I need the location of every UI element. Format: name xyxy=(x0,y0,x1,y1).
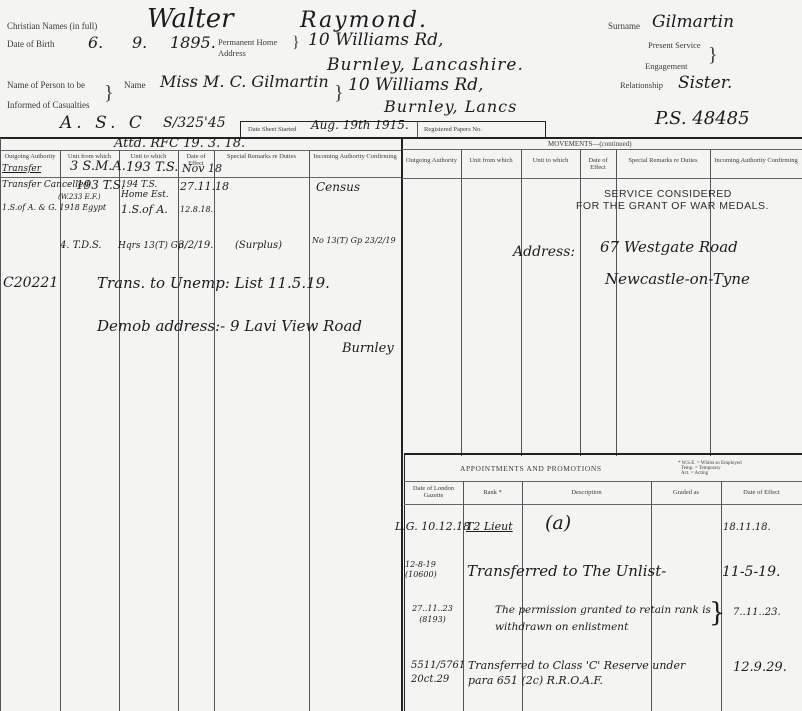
row3-incoming: No 13(T) Gp 23/2/19 xyxy=(312,236,396,245)
overwrite-col2: 3 S.M.A. xyxy=(70,159,126,174)
col-header-outgoing-authority: Outgoing Authority xyxy=(0,153,60,160)
informed-label-2: Informed of Casualties xyxy=(7,100,89,110)
engagement-label: Engagement xyxy=(645,61,687,71)
col-header-incoming-authority: Incoming Authority Confirming xyxy=(710,157,802,164)
legend-act: Act. = Acting xyxy=(681,471,708,477)
divider xyxy=(0,138,1,711)
appt2-gazette: 12-8-19 (10600) xyxy=(405,560,460,580)
row3-unit-from: 4. T.D.S. xyxy=(60,240,102,251)
row2-unit-from: (W.233 E.F.) xyxy=(58,193,101,201)
corps-value: A. S. C xyxy=(60,113,146,133)
col-header-rank: Rank * xyxy=(463,489,522,496)
present-service-label: Present Service xyxy=(648,40,701,50)
appt3-description: The permission granted to retain rank is… xyxy=(495,602,720,636)
row3-remarks: (Surplus) xyxy=(235,240,282,251)
brace-icon: } xyxy=(708,44,718,67)
divider xyxy=(580,150,581,456)
appt1-rank: T2 Lieut xyxy=(466,520,513,533)
appt2-effect: 11-5-19. xyxy=(722,564,780,580)
medals-stamp-line1: SERVICE CONSIDERED xyxy=(604,188,732,200)
col-header-incoming-authority: Incoming Authority Confirming xyxy=(309,153,401,160)
note-demob-town: Burnley xyxy=(342,341,394,356)
home-address-line2: Burnley, Lancashire. xyxy=(327,55,524,75)
home-address-label: Permanent Home xyxy=(218,37,277,47)
appt1-description: (a) xyxy=(545,512,571,534)
row2-outgoing: 1.S.of A. & G. 1918 Egypt xyxy=(2,203,106,212)
informed-label: Name of Person to be xyxy=(7,80,85,90)
relationship-value: Sister. xyxy=(678,73,732,93)
divider xyxy=(309,150,310,711)
overwrite-col4: Nov 18 xyxy=(182,162,222,175)
file-reference: P.S. 48485 xyxy=(655,108,750,129)
divider xyxy=(402,149,802,150)
row3-date: 3/2/19. xyxy=(178,240,213,251)
dob-year: 1895. xyxy=(170,33,216,52)
col-header-date-effect: Date of Effect xyxy=(721,489,802,496)
christian-name-first: Walter xyxy=(147,4,234,34)
home-address-line1: 10 Williams Rd, xyxy=(308,30,443,50)
service-number: S/325'45 xyxy=(163,115,226,131)
informed-address-line1: 10 Williams Rd, xyxy=(348,75,483,95)
appt2-description: Transferred to The Unlist- xyxy=(467,562,666,580)
dob-day: 6. xyxy=(88,33,103,52)
informed-address-line2: Burnley, Lancs xyxy=(384,97,517,116)
address-label: Address: xyxy=(513,244,575,260)
row2-date: 12.8.18. xyxy=(180,205,213,214)
informed-name: Miss M. C. Gilmartin xyxy=(160,72,329,91)
date-sheet-label: Date Sheet Started xyxy=(248,126,296,133)
divider xyxy=(404,453,802,455)
row1-unit-to: 194 T.S. Home Est. xyxy=(121,180,176,200)
overwrite-col1: Transfer xyxy=(2,164,41,174)
brace-icon: } xyxy=(104,82,114,105)
appt4-effect: 12.9.29. xyxy=(733,660,787,675)
col-header-date-effect: Date of Effect xyxy=(580,157,616,171)
col-header-graded-as: Graded as xyxy=(651,489,721,496)
medals-stamp-line2: FOR THE GRANT OF WAR MEDALS. xyxy=(576,200,769,212)
attachment-note: Attd. RFC 19. 3. 18. xyxy=(114,136,245,151)
brace-icon: } xyxy=(292,34,300,52)
row1-date: 27.11.18 xyxy=(180,180,229,193)
row1-incoming: Census xyxy=(316,180,360,194)
divider xyxy=(214,150,215,711)
surname-value: Gilmartin xyxy=(652,12,734,32)
home-address-label-2: Address xyxy=(218,48,246,58)
divider xyxy=(461,150,462,456)
divider xyxy=(0,177,401,178)
col-header-gazette-date: Date of London Gazette xyxy=(404,485,463,499)
note-unemployed-list: Trans. to Unemp: List 11.5.19. xyxy=(97,274,330,292)
divider xyxy=(401,138,403,711)
date-sheet-value: Aug. 19th 1915. xyxy=(311,118,409,132)
col-header-unit-from: Unit from which xyxy=(461,157,521,164)
divider xyxy=(119,150,120,711)
divider xyxy=(417,121,418,137)
col-header-special-remarks: Special Remarks re Duties xyxy=(616,157,710,164)
appointments-title: APPOINTMENTS AND PROMOTIONS xyxy=(460,465,602,472)
col-header-special-remarks: Special Remarks re Duties xyxy=(214,153,309,160)
note-demob-address: Demob address:- 9 Lavi View Road xyxy=(97,317,362,335)
divider xyxy=(60,150,61,711)
dob-label: Date of Birth xyxy=(7,39,55,49)
appt3-gazette: 27..11..23 (8193) xyxy=(405,603,460,625)
row3-unit-to: Hqrs 13(T) Gp. xyxy=(118,241,187,251)
divider xyxy=(178,150,179,711)
row1-unit-from: 193 T.S. xyxy=(76,178,124,192)
col-header-unit-to: Unit to which xyxy=(119,153,178,160)
surname-label: Surname xyxy=(608,21,640,31)
appt3-effect: 7..11..23. xyxy=(733,607,781,618)
relationship-label: Relationship xyxy=(620,80,663,90)
divider xyxy=(521,150,522,456)
address-line1: 67 Westgate Road xyxy=(600,238,738,256)
christian-names-label: Christian Names (in full) xyxy=(7,21,97,31)
appt1-effect: 18.11.18. xyxy=(723,522,771,533)
name-label: Name xyxy=(124,80,146,90)
row2-unit-to: 1.S.of A. xyxy=(121,203,168,216)
registered-papers-label: Registered Papers No. xyxy=(424,126,482,133)
col-header-unit-to: Unit to which xyxy=(521,157,580,164)
brace-icon: } xyxy=(709,598,726,628)
col-header-outgoing-authority: Outgoing Authority xyxy=(402,157,461,164)
overwrite-col3: 193 T.S. xyxy=(126,160,178,175)
appt1-gazette: L.G. 10.12.18 xyxy=(395,520,470,533)
appt4-description: Transferred to Class 'C' Reserve under p… xyxy=(468,658,713,688)
appt4-gazette: 5511/5761 20ct.29 xyxy=(411,659,466,687)
address-line2: Newcastle-on-Tyne xyxy=(605,270,750,288)
col-header-description: Description xyxy=(522,489,651,496)
dob-month: 9. xyxy=(132,33,147,52)
movements-continued-title: MOVEMENTS—(continued) xyxy=(548,141,632,148)
divider xyxy=(721,481,722,711)
note-reference: C20221 xyxy=(3,275,58,291)
brace-icon: } xyxy=(334,82,344,105)
divider xyxy=(402,178,802,179)
